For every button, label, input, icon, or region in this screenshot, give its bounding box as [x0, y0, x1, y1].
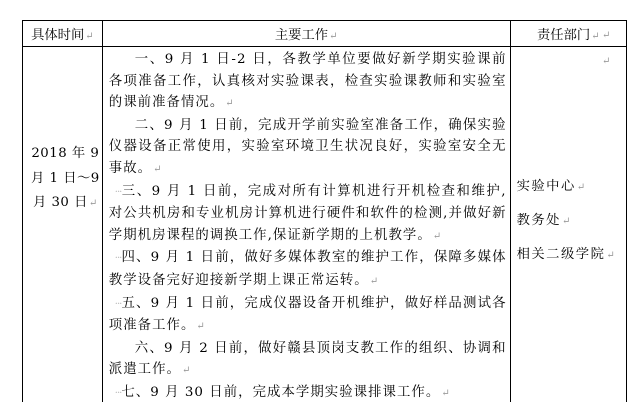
time-line: 2018 年 9 [29, 142, 102, 167]
paragraph-mark-icon: ↵ [433, 231, 442, 242]
time-line: 月 30 日 [33, 195, 88, 210]
department: 教务处 [517, 213, 561, 228]
work-item: ···七、9 月 30 日前，完成本学期实验课排课工作。↵ [109, 382, 507, 402]
paragraph-mark-icon: ↵ [85, 31, 93, 42]
time-line: 月 1 日～9 [29, 167, 102, 192]
paragraph-mark-icon: ↵ [591, 31, 599, 42]
table-row: 2018 年 9 月 1 日～9 月 30 日↵ 一、9 月 1 日-2 日，各… [23, 47, 627, 402]
paragraph-mark-icon: ↵ [89, 198, 98, 209]
work-item: ···三、9 月 1 日前，完成对所有计算机进行开机检查和维护,对公共机房和专业… [109, 181, 507, 248]
paragraph-mark-icon: ↵ [196, 321, 205, 332]
work-cell: 一、9 月 1 日-2 日，各教学单位要做好新学期实验课前各项准备工作，认真核对… [102, 47, 510, 402]
work-item: 六、9 月 2 日前，做好赣县顶岗支教工作的组织、协调和派遣工作。↵ [109, 338, 507, 382]
table-header-row: 具体时间↵ 主要工作↵ 责任部门↵ [23, 21, 627, 47]
paragraph-mark-icon: ↵ [370, 276, 379, 287]
work-item: 二、9 月 1 日前，完成开学前实验室准备工作，确保实验仪器设备正常使用，实验室… [109, 115, 507, 181]
paragraph-mark-icon: ↵ [562, 216, 572, 227]
paragraph-mark-icon: ↵ [577, 182, 587, 193]
header-work: 主要工作↵ [102, 21, 510, 47]
row-end-mark-icon: ↵ [602, 30, 610, 41]
paragraph-mark-icon: ↵ [606, 250, 616, 261]
department: 实验中心 [517, 179, 576, 194]
paragraph-mark-icon: ↵ [153, 164, 162, 175]
paragraph-mark-icon: ↵ [182, 365, 191, 376]
time-cell: 2018 年 9 月 1 日～9 月 30 日↵ [23, 47, 103, 402]
dept-cell: 实验中心↵ 教务处↵ 相关二级学院↵ [510, 47, 626, 402]
work-item: 一、9 月 1 日-2 日，各教学单位要做好新学期实验课前各项准备工作，认真核对… [109, 49, 507, 115]
row-end-mark-icon: ↵ [602, 56, 610, 67]
paragraph-mark-icon: ↵ [225, 98, 234, 109]
paragraph-mark-icon: ↵ [329, 31, 337, 42]
work-item: ···五、9 月 1 日前，完成仪器设备开机维护，做好样品测试各项准备工作。↵ [109, 293, 507, 338]
header-time: 具体时间↵ [23, 21, 103, 47]
paragraph-mark-icon: ↵ [441, 388, 450, 399]
work-schedule-table: 具体时间↵ 主要工作↵ 责任部门↵ 2018 年 9 月 1 日～9 月 30 … [22, 20, 627, 402]
department: 相关二级学院 [517, 247, 606, 262]
work-item: ···四、9 月 1 日前，做好多媒体教室的维护工作，保障多媒体教学设备完好迎接… [109, 247, 507, 292]
